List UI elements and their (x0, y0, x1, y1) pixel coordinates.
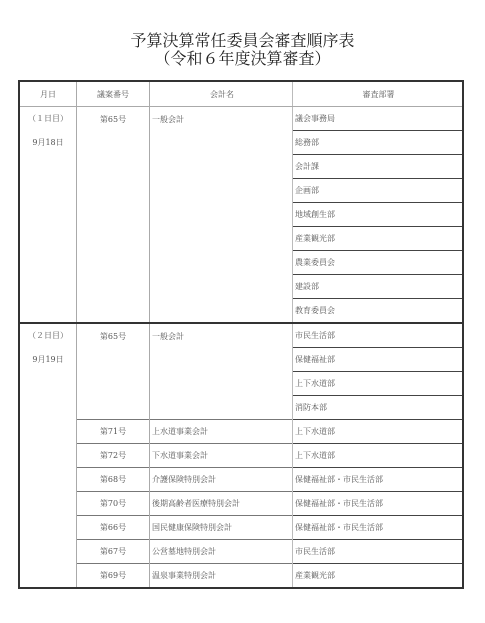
department-cell: 教育委員会 (293, 299, 464, 324)
department-cell: 地域創生部 (293, 203, 464, 227)
day-cell: （２日目） 9月19日 (19, 323, 77, 588)
table-row: （１日目） 9月18日 第65号 一般会計 議会事務局 (19, 107, 463, 131)
bill-no-cell: 第70号 (77, 492, 150, 516)
date-label: 9月18日 (20, 138, 76, 162)
table-row: 第68号 介護保険特別会計 保健福祉部・市民生活部 (19, 468, 463, 492)
header-department: 審査部署 (293, 81, 464, 107)
table-row: 第72号 下水道事業会計 上下水道部 (19, 444, 463, 468)
document-title: 予算決算常任委員会審査順序表 (0, 32, 485, 50)
account-cell: 後期高齢者医療特別会計 (150, 492, 293, 516)
department-cell: 建設部 (293, 275, 464, 299)
department-cell: 保健福祉部 (293, 348, 464, 372)
review-order-table: 月日 議案番号 会計名 審査部署 （１日目） 9月18日 第65号 一般会計 議… (18, 80, 464, 589)
department-cell: 市民生活部 (293, 540, 464, 564)
department-cell: 産業観光部 (293, 564, 464, 589)
account-cell: 温泉事業特別会計 (150, 564, 293, 589)
department-cell: 会計課 (293, 155, 464, 179)
header-date: 月日 (19, 81, 77, 107)
department-cell: 上下水道部 (293, 444, 464, 468)
department-cell: 議会事務局 (293, 107, 464, 131)
account-cell: 下水道事業会計 (150, 444, 293, 468)
account-cell: 上水道事業会計 (150, 420, 293, 444)
account-cell: 公営墓地特別会計 (150, 540, 293, 564)
account-cell: 介護保険特別会計 (150, 468, 293, 492)
department-cell: 総務部 (293, 131, 464, 155)
bill-no-cell: 第69号 (77, 564, 150, 589)
table-header-row: 月日 議案番号 会計名 審査部署 (19, 81, 463, 107)
department-cell: 保健福祉部・市民生活部 (293, 492, 464, 516)
table-row: 第71号 上水道事業会計 上下水道部 (19, 420, 463, 444)
bill-no-cell: 第65号 (77, 323, 150, 420)
bill-no-cell: 第72号 (77, 444, 150, 468)
department-cell: 企画部 (293, 179, 464, 203)
department-cell: 保健福祉部・市民生活部 (293, 468, 464, 492)
table-row: 第66号 国民健康保険特別会計 保健福祉部・市民生活部 (19, 516, 463, 540)
department-cell: 消防本部 (293, 396, 464, 420)
account-cell: 一般会計 (150, 107, 293, 324)
table-row: 第69号 温泉事業特別会計 産業観光部 (19, 564, 463, 589)
table-row: 第70号 後期高齢者医療特別会計 保健福祉部・市民生活部 (19, 492, 463, 516)
bill-no-cell: 第67号 (77, 540, 150, 564)
bill-no-cell: 第66号 (77, 516, 150, 540)
bill-no-cell: 第71号 (77, 420, 150, 444)
department-cell: 産業観光部 (293, 227, 464, 251)
document-subtitle: （令和６年度決算審査） (0, 50, 485, 68)
department-cell: 保健福祉部・市民生活部 (293, 516, 464, 540)
day-label: （１日目） (20, 114, 76, 138)
date-label: 9月19日 (20, 355, 76, 379)
day-label: （２日目） (20, 331, 76, 355)
account-cell: 国民健康保険特別会計 (150, 516, 293, 540)
department-cell: 農業委員会 (293, 251, 464, 275)
table-row: 第67号 公営墓地特別会計 市民生活部 (19, 540, 463, 564)
department-cell: 市民生活部 (293, 323, 464, 348)
bill-no-cell: 第68号 (77, 468, 150, 492)
header-account: 会計名 (150, 81, 293, 107)
account-cell: 一般会計 (150, 323, 293, 420)
day-cell: （１日目） 9月18日 (19, 107, 77, 324)
department-cell: 上下水道部 (293, 420, 464, 444)
table-row: （２日目） 9月19日 第65号 一般会計 市民生活部 (19, 323, 463, 348)
bill-no-cell: 第65号 (77, 107, 150, 324)
department-cell: 上下水道部 (293, 372, 464, 396)
header-bill-no: 議案番号 (77, 81, 150, 107)
